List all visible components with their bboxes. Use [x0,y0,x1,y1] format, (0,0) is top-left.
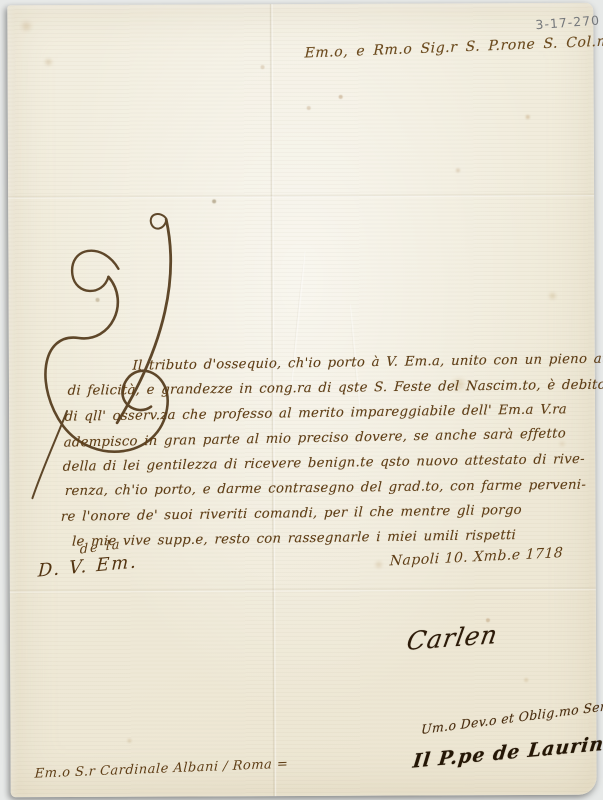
foxing-stains [7,5,9,7]
address-line: Em.o S.r Cardinale Albani / Roma = [34,757,288,782]
closing-formula: D. V. Em. [37,551,138,581]
signature-center: Carlen [405,620,501,656]
horizontal-fold-crease-top [8,193,594,200]
salutation-line: Em.o, e Rm.o Sig.r S. P.rone S. Col.mo [304,33,603,61]
horizontal-fold-crease-bottom [10,587,596,594]
scan-background: { "page": { "background_color": "#e7e9e8… [0,0,603,800]
letter-body: Il tributo d'ossequio, ch'io porto à V. … [59,347,576,555]
valediction-line: Um.o Dev.o et Oblig.mo Ser.re [421,696,603,737]
letter-paper: 3-17-270 Em.o, e Rm.o Sig.r S. P.rone S.… [7,3,596,798]
signature-bottom: Il P.pe de Laurino [412,731,603,772]
catalog-number: 3-17-270 [535,12,601,32]
